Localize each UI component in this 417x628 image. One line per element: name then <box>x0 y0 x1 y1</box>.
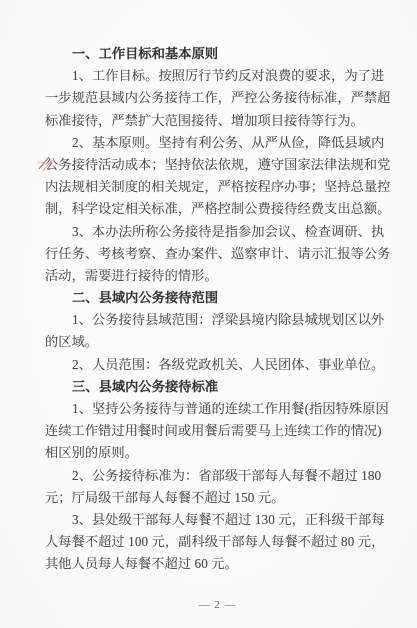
section-heading-1: 一、工作目标和基本原则 <box>45 43 393 65</box>
section-heading-3: 三、县域内公务接待标准 <box>45 376 393 398</box>
document-text-block: 一、工作目标和基本原则 1、工作目标。按照厉行节约反对浪费的要求，为了进 一步规… <box>45 43 393 576</box>
text-line: 人每餐不超过 100 元，副科级干部每人每餐不超过 80 元， <box>45 531 393 553</box>
text-line: 2、人员范围：各级党政机关、人民团体、事业单位。 <box>45 354 393 376</box>
text-line: 相区别的原则。 <box>45 442 393 464</box>
text-line: 元；厅局级干部每人每餐不超过 150 元。 <box>45 487 393 509</box>
text-line: 1、坚持公务接待与普通的连续工作用餐(指因特殊原因 <box>45 398 393 420</box>
page-number: — 2 — <box>45 599 390 611</box>
section-heading-2: 二、县域内公务接待范围 <box>45 287 393 309</box>
text-line: 连续工作错过用餐时间或用餐后需要马上连续工作的情况) <box>45 420 393 442</box>
text-line: 的区域。 <box>45 331 393 353</box>
text-line: 活动，需要进行接待的情形。 <box>45 265 393 287</box>
text-line: 1、工作目标。按照厉行节约反对浪费的要求，为了进 <box>45 65 393 87</box>
text-line: 2、公务接待标准为：省部级干部每人每餐不超过 180 <box>45 465 393 487</box>
text-line: 1、公务接待县域范围：浮梁县境内除县城规划区以外 <box>45 309 393 331</box>
text-line: 标准接待，严禁扩大范围接待、增加项目接待等行为。 <box>45 110 393 132</box>
text-line: 公务接待活动成本；坚持依法依规，遵守国家法律法规和党 <box>45 154 393 176</box>
text-line: 2、基本原则。坚持有利公务、从严从俭，降低县域内 <box>45 132 393 154</box>
text-line: 制，科学设定相关标准，严格控制公费接待经费支出总额。 <box>45 198 393 220</box>
text-line: 一步规范县域内公务接待工作，严控公务接待标准，严禁超 <box>45 87 393 109</box>
text-line: 行任务、考核考察、查办案件、巡察审计、请示汇报等公务 <box>45 243 393 265</box>
text-line: 内法规相关制度的相关规定，严格按程序办事；坚持总量控 <box>45 176 393 198</box>
text-line: 3、县处级干部每人每餐不超过 130 元，正科级干部每 <box>45 509 393 531</box>
text-line: 3、本办法所称公务接待是指参加会议、检查调研、执 <box>45 221 393 243</box>
text-line: 其他人员每人每餐不超过 60 元。 <box>45 553 393 575</box>
document-page: 一、工作目标和基本原则 1、工作目标。按照厉行节约反对浪费的要求，为了进 一步规… <box>0 0 417 628</box>
